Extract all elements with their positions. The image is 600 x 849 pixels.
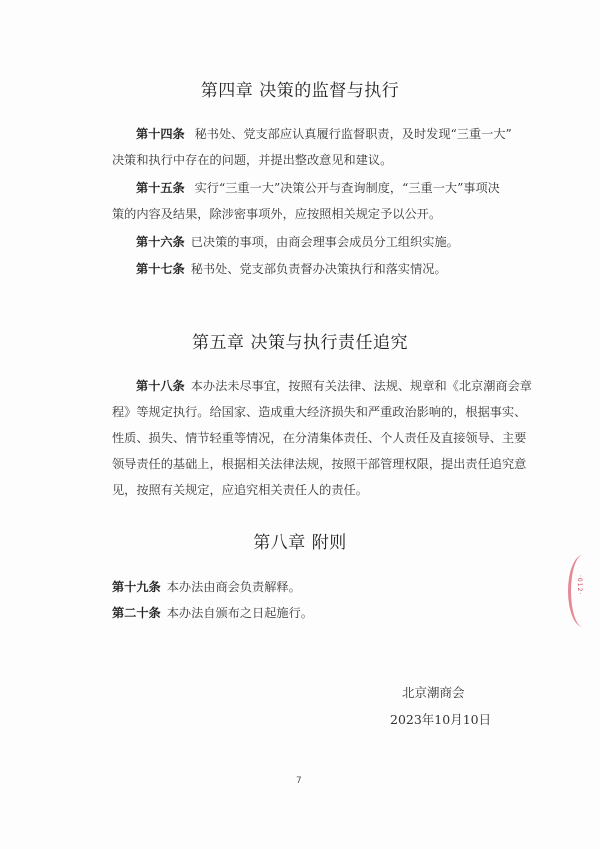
article-label: 第二十条 — [112, 606, 161, 620]
article-17: 第十七条秘书处、党支部负责督办决策执行和落实情况。 — [112, 256, 490, 282]
article-text: 本办法自颁布之日起施行。 — [167, 606, 313, 620]
chapter-title: 第八章 附则 — [0, 528, 600, 553]
article-text: 决策和执行中存在的问题，并提出整改意见和建议。 — [112, 147, 490, 173]
article-label: 第十九条 — [112, 580, 161, 594]
article-label: 第十五条 — [136, 181, 185, 195]
article-18: 第十八条本办法未尽事宜，按照有关法律、法规、规章和《北京潮商会章 程》等规定执行… — [112, 373, 490, 503]
article-label: 第十四条 — [136, 127, 185, 141]
page-number: 7 — [296, 776, 302, 786]
signature-date: 2023年10月10日 — [390, 710, 491, 728]
chapter-title: 第四章 决策的监督与执行 — [0, 76, 600, 101]
article-label: 第十六条 — [136, 235, 185, 249]
article-text: 秘书处、党支部负责督办决策执行和落实情况。 — [191, 262, 447, 276]
article-19: 第十九条本办法由商会负责解释。 — [112, 574, 490, 600]
article-15: 第十五条 实行“三重一大”决策公开与查询制度，“三重一大”事项决 策的内容及结果… — [112, 175, 490, 227]
article-20: 第二十条本办法自颁布之日起施行。 — [112, 600, 490, 626]
article-text: 秘书处、党支部应认真履行监督职责，及时发现“三重一大” — [195, 127, 512, 141]
article-16: 第十六条已决策的事项，由商会理事会成员分工组织实施。 — [112, 229, 490, 255]
article-label: 第十七条 — [136, 262, 185, 276]
article-text: 实行“三重一大”决策公开与查询制度，“三重一大”事项决 — [195, 181, 500, 195]
article-14: 第十四条 秘书处、党支部应认真履行监督职责，及时发现“三重一大” 决策和执行中存… — [112, 121, 490, 173]
article-text: 领导责任的基础上，根据相关法律法规，按照干部管理权限，提出责任追究意 — [112, 451, 490, 477]
document-page: 第四章 决策的监督与执行 第十四条 秘书处、党支部应认真履行监督职责，及时发现“… — [0, 0, 600, 849]
chapter-title: 第五章 决策与执行责任追究 — [0, 328, 600, 353]
article-text: 本办法由商会负责解释。 — [167, 580, 301, 594]
article-text: 已决策的事项，由商会理事会成员分工组织实施。 — [191, 235, 459, 249]
article-label: 第十八条 — [136, 379, 185, 393]
article-text: 程》等规定执行。给国家、造成重大经济损失和严重政治影响的，根据事实、 — [112, 399, 490, 425]
article-text: 见，按照有关规定，应追究相关责任人的责任。 — [112, 477, 490, 503]
seal-fragment-text: ·012· — [576, 575, 583, 595]
signature-organization: 北京潮商会 — [402, 683, 465, 701]
article-text: 性质、损失、情节轻重等情况，在分清集体责任、个人责任及直接领导、主要 — [112, 425, 490, 451]
article-text: 本办法未尽事宜，按照有关法律、法规、规章和《北京潮商会章 — [191, 379, 532, 393]
article-text: 策的内容及结果，除涉密事项外，应按照相关规定予以公开。 — [112, 201, 490, 227]
